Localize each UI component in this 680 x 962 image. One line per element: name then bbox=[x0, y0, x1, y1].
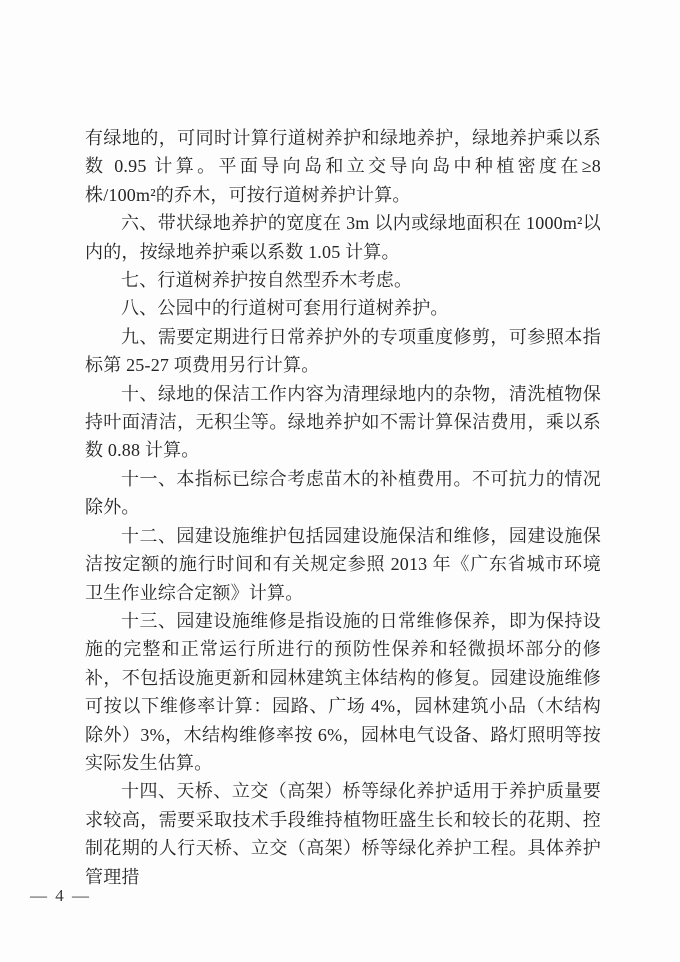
paragraph: 十二、园建设施维护包括园建设施保洁和维修，园建设施保洁按定额的施行时间和有关规定… bbox=[85, 522, 601, 607]
paragraph: 七、行道树养护按自然型乔木考虑。 bbox=[85, 266, 601, 294]
paragraph: 有绿地的，可同时计算行道树养护和绿地养护，绿地养护乘以系数 0.95 计算。平面… bbox=[85, 124, 601, 209]
paragraph: 六、带状绿地养护的宽度在 3m 以内或绿地面积在 1000m²以内的，按绿地养护… bbox=[85, 209, 601, 266]
paragraph: 十一、本指标已综合考虑苗木的补植费用。不可抗力的情况除外。 bbox=[85, 465, 601, 522]
document-page: 有绿地的，可同时计算行道树养护和绿地养护，绿地养护乘以系数 0.95 计算。平面… bbox=[0, 0, 680, 962]
paragraph: 九、需要定期进行日常养护外的专项重度修剪，可参照本指标第 25-27 项费用另行… bbox=[85, 323, 601, 380]
paragraph: 十四、天桥、立交（高架）桥等绿化养护适用于养护质量要求较高，需要采取技术手段维持… bbox=[85, 777, 601, 891]
document-body: 有绿地的，可同时计算行道树养护和绿地养护，绿地养护乘以系数 0.95 计算。平面… bbox=[85, 124, 601, 891]
page-number: — 4 — bbox=[30, 886, 91, 906]
paragraph: 八、公园中的行道树可套用行道树养护。 bbox=[85, 294, 601, 322]
paragraph: 十三、园建设施维修是指设施的日常维修保养，即为保持设施的完整和正常运行所进行的预… bbox=[85, 607, 601, 777]
paragraph: 十、绿地的保洁工作内容为清理绿地内的杂物，清洗植物保持叶面清洁，无积尘等。绿地养… bbox=[85, 380, 601, 465]
